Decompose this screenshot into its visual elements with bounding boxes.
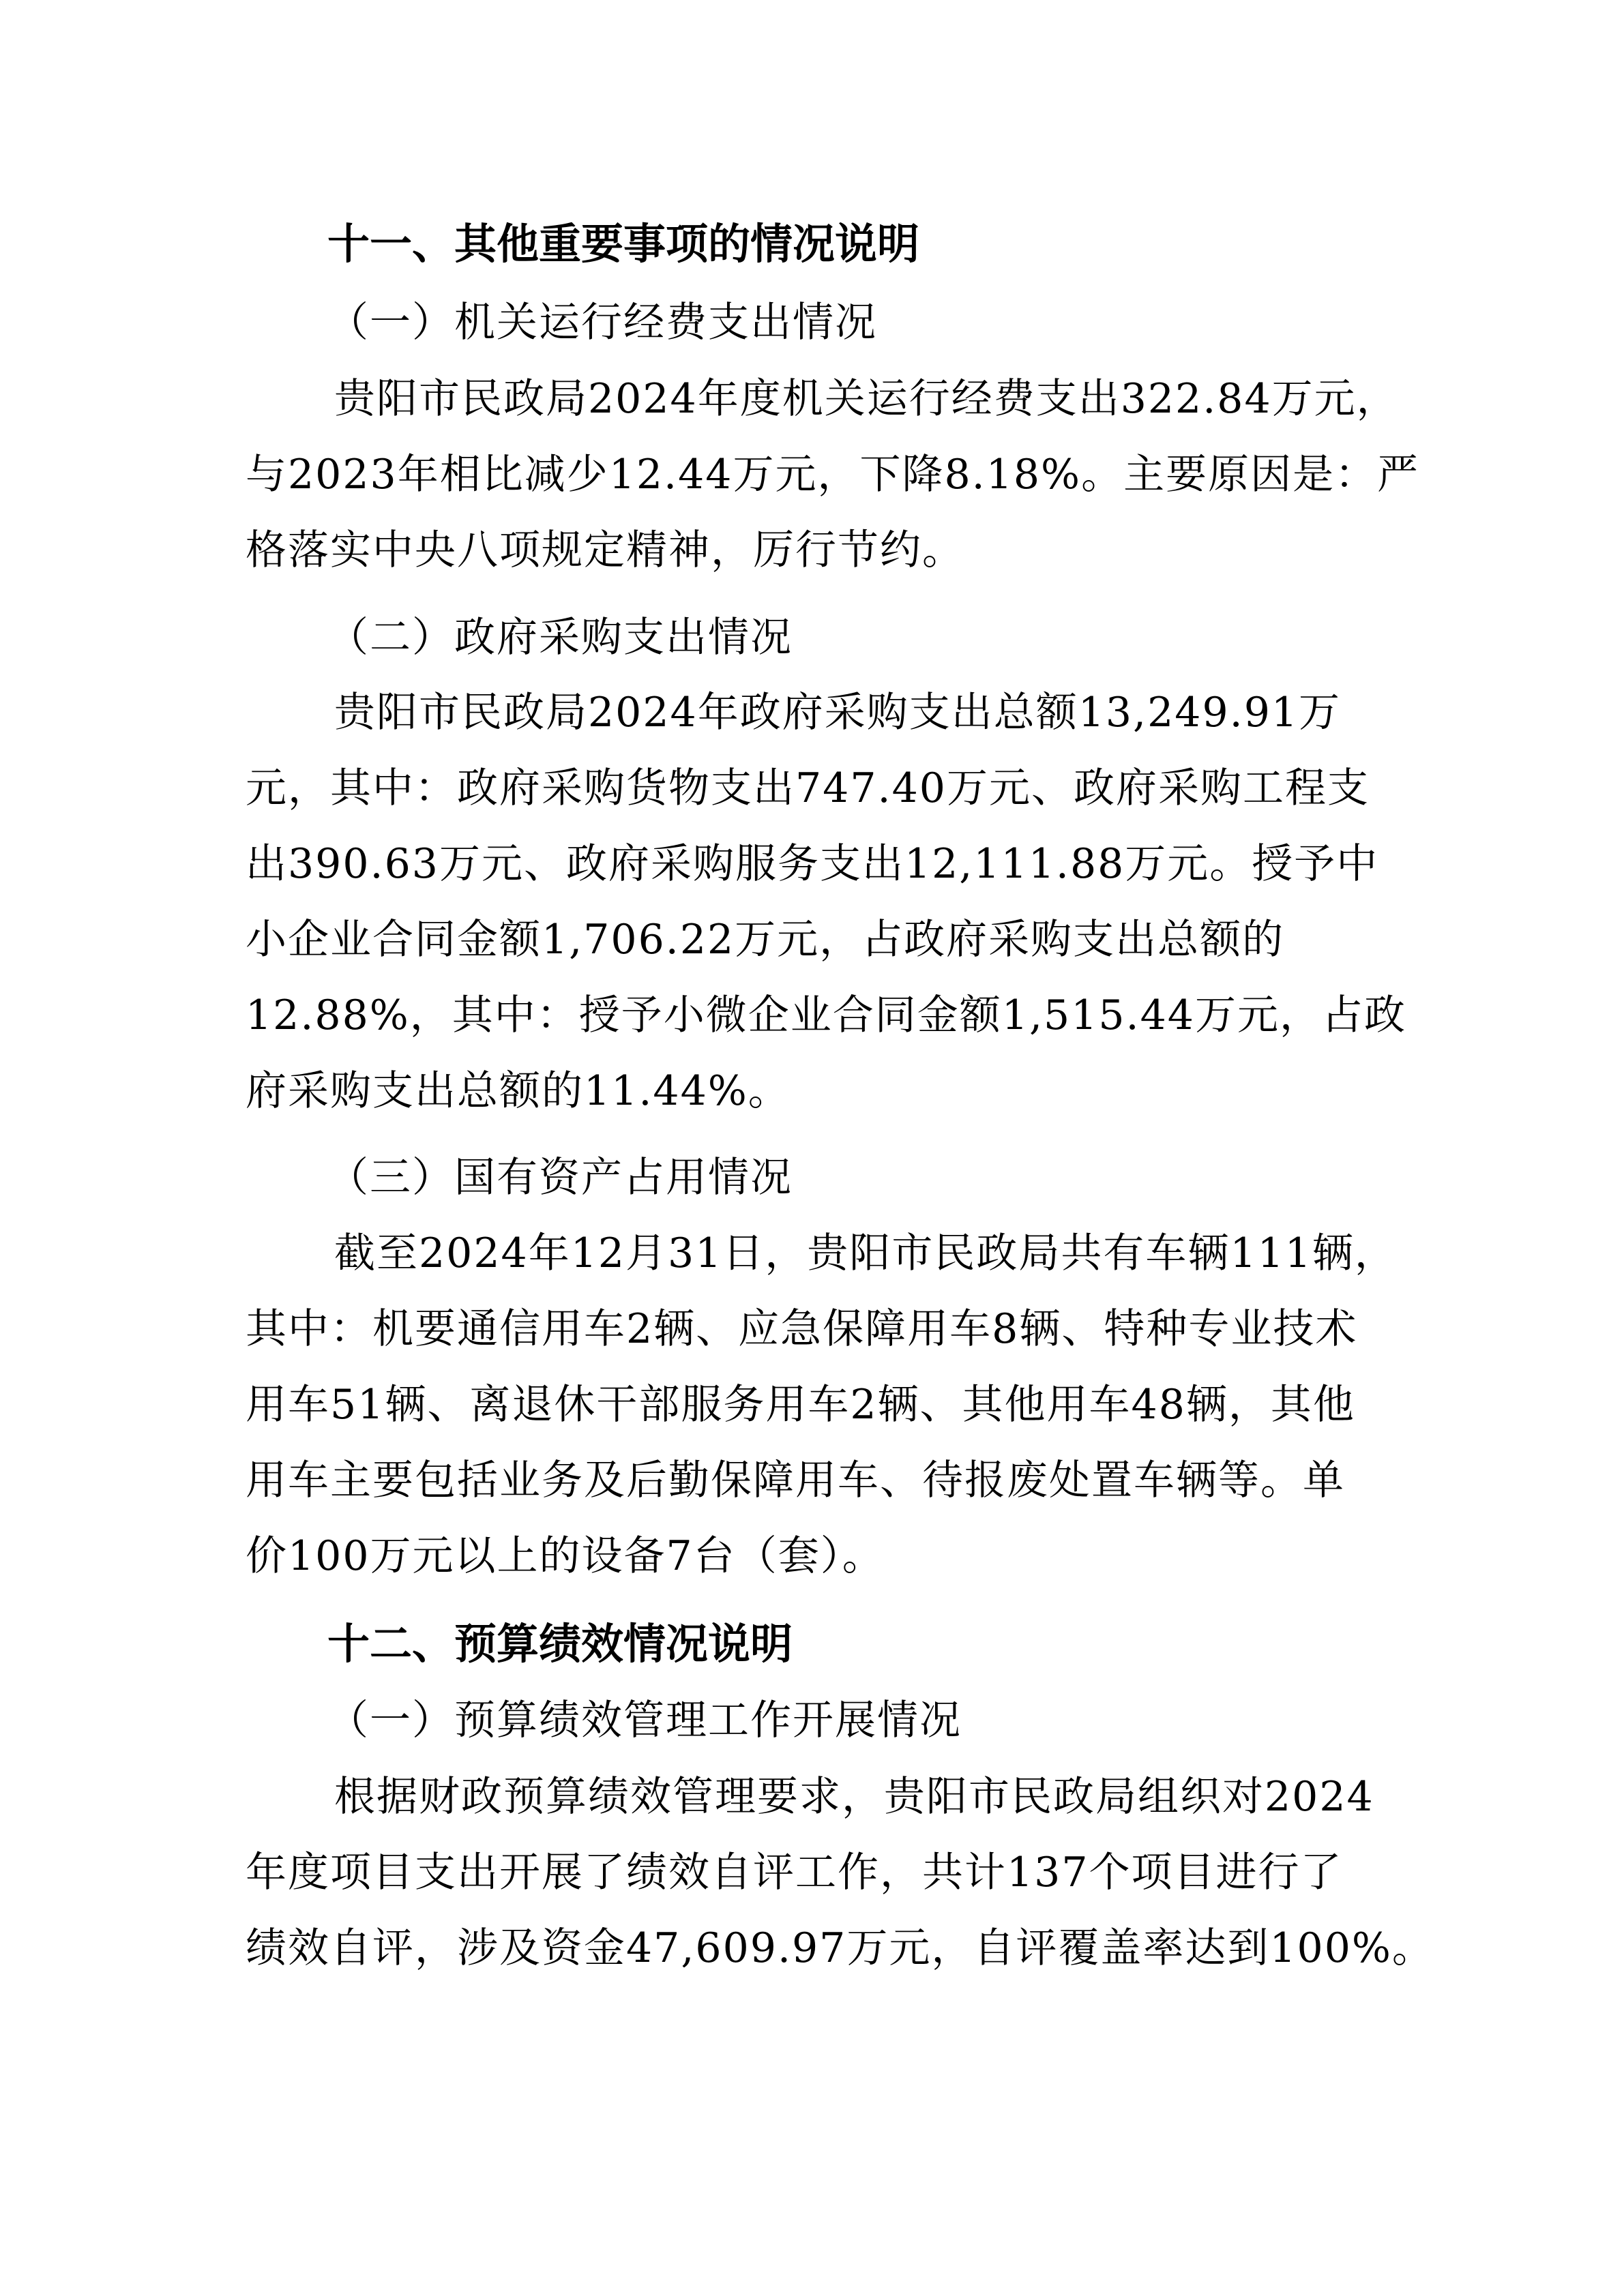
paragraph-line: 用车主要包括业务及后勤保障用车、待报废处置车辆等。单: [246, 1443, 1345, 1519]
paragraph-line: 年度项目支出开展了绩效自评工作，共计137个项目进行了: [246, 1835, 1343, 1911]
paragraph-line: 府采购支出总额的11.44%。: [246, 1054, 791, 1129]
subsection-heading-office-expenses: （一）机关运行经费支出情况: [327, 285, 877, 361]
subsection-heading-state-assets: （三）国有资产占用情况: [327, 1140, 793, 1216]
paragraph-line: 元，其中：政府采购货物支出747.40万元、政府采购工程支: [246, 751, 1370, 826]
paragraph-line: 小企业合同金额1,706.22万元，占政府采购支出总额的: [246, 902, 1284, 978]
paragraph-line: 绩效自评，涉及资金47,609.97万元，自评覆盖率达到100%。: [246, 1911, 1434, 1986]
subsection-heading-procurement: （二）政府采购支出情况: [327, 600, 793, 676]
paragraph-line: 贵阳市民政局2024年度机关运行经费支出322.84万元，: [334, 361, 1399, 437]
paragraph-line: 与2023年相比减少12.44万元，下降8.18%。主要原因是：严: [246, 437, 1419, 513]
paragraph-line: 贵阳市民政局2024年政府采购支出总额13,249.91万: [334, 675, 1341, 751]
section-heading-11: 十一、其他重要事项的情况说明: [327, 206, 919, 282]
paragraph-line: 截至2024年12月31日，贵阳市民政局共有车辆111辆，: [334, 1216, 1397, 1292]
document-page: 十一、其他重要事项的情况说明 （一）机关运行经费支出情况 贵阳市民政局2024年…: [0, 0, 1624, 2296]
paragraph-line: 用车51辆、离退休干部服务用车2辆、其他用车48辆，其他: [246, 1367, 1355, 1443]
paragraph-line: 格落实中央八项规定精神，厉行节约。: [246, 513, 964, 588]
paragraph-line: 根据财政预算绩效管理要求，贵阳市民政局组织对2024: [334, 1759, 1374, 1835]
paragraph-line: 其中：机要通信用车2辆、应急保障用车8辆、特种专业技术: [246, 1292, 1357, 1367]
paragraph-line: 出390.63万元、政府采购服务支出12,111.88万元。授予中: [246, 826, 1378, 902]
paragraph-line: 12.88%，其中：授予小微企业合同金额1,515.44万元，占政: [246, 978, 1406, 1054]
subsection-heading-performance-management: （一）预算绩效管理工作开展情况: [327, 1683, 962, 1759]
section-heading-12: 十二、预算绩效情况说明: [327, 1606, 793, 1682]
paragraph-line: 价100万元以上的设备7台（套）。: [246, 1519, 885, 1594]
